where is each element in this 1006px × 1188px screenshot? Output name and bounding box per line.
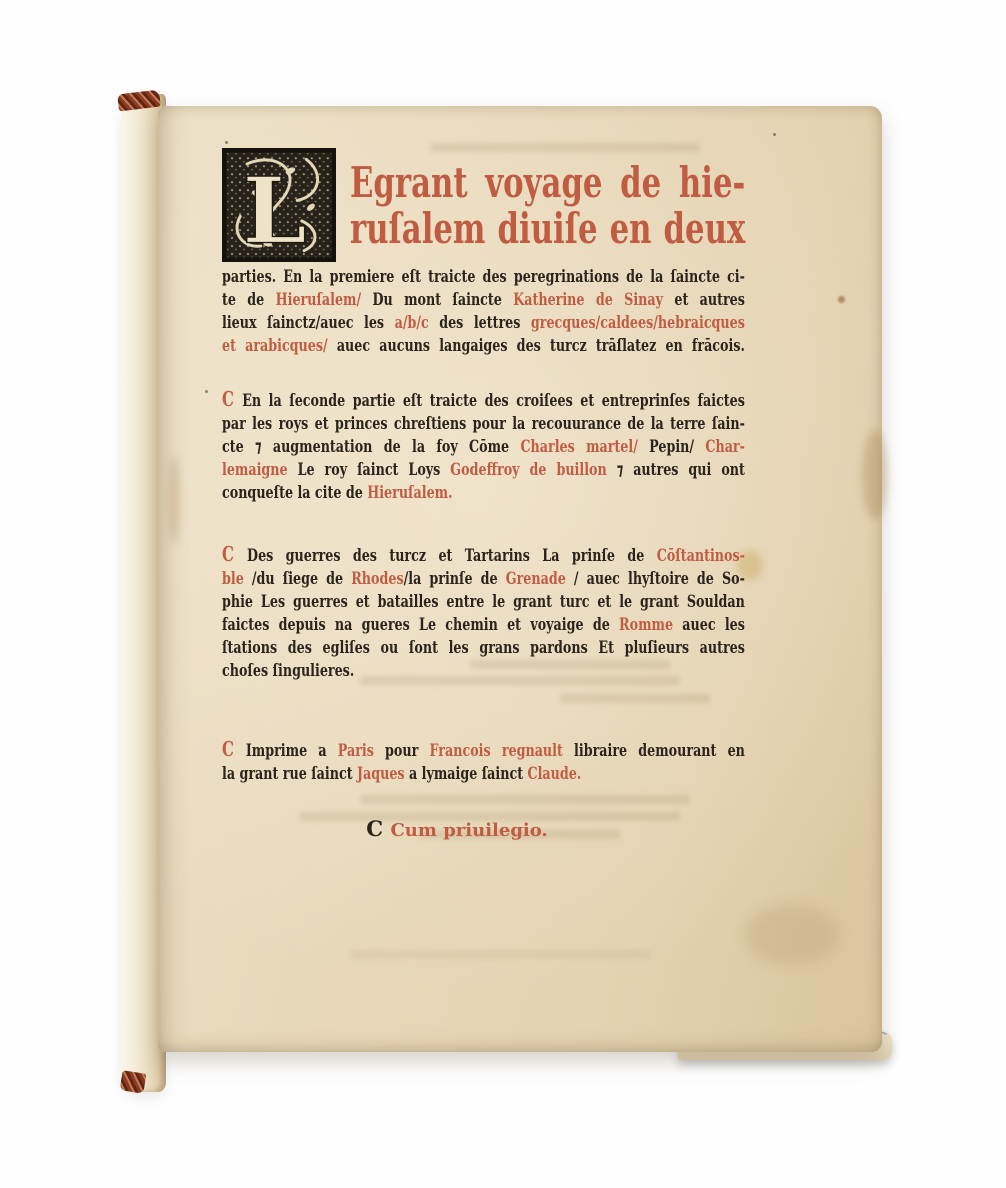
- paragraph-mark: C: [222, 387, 235, 411]
- text-line: C Cum priuilegio.: [222, 818, 692, 842]
- text-segment: choſes ſingulieres.: [222, 661, 354, 681]
- text-segment: Du mont ſaincte: [361, 290, 513, 310]
- text-line: parties. En la premiere eſt traicte des …: [222, 266, 745, 289]
- text-line: par les roys et princes chreſtiens pour …: [222, 413, 745, 436]
- paragraph-imprint: C Imprime a Paris pour Francois regnault…: [222, 738, 745, 786]
- text-line: te de Hieruſalem/ Du mont ſaincte Kather…: [222, 289, 745, 312]
- text-segment: En la ſeconde partie eſt traicte des cro…: [235, 391, 745, 411]
- text-segment: Cōſtantinos-: [657, 546, 745, 566]
- title-line-2: ruſalem diuiſe en deux: [350, 206, 745, 252]
- text-segment: Paris: [338, 741, 374, 761]
- paragraph-title-continuation: parties. En la premiere eſt traicte des …: [222, 266, 745, 358]
- text-line: et arabicques/ auec aucuns langaiges des…: [222, 335, 745, 358]
- book-photo: L Egrant voyage de hie- ruſalem diuiſe e…: [0, 0, 1006, 1188]
- text-segment: Cum priuilegio.: [384, 820, 548, 841]
- text-segment: libraire demourant en: [563, 741, 745, 761]
- text-line: ſtations des egliſes ou ſont les grans p…: [222, 637, 745, 660]
- text-segment: Le roy ſainct Loys: [288, 460, 451, 480]
- text-line: lemaigne Le roy ſainct Loys Godeffroy de…: [222, 459, 745, 482]
- paper-speck: [773, 133, 776, 136]
- text-segment: a lymaige ſainct: [405, 764, 528, 784]
- text-segment: des lettres: [429, 313, 531, 333]
- text-segment: Charles martel/: [520, 437, 637, 457]
- text-segment: Jaques: [357, 764, 405, 784]
- text-segment: la grant rue ſainct: [222, 764, 357, 784]
- text-segment: te de: [222, 290, 276, 310]
- text-segment: parties. En la premiere eſt traicte des …: [222, 267, 745, 287]
- text-segment: Hieruſalem/: [276, 290, 361, 310]
- text-segment: et autres: [663, 290, 745, 310]
- text-segment: / auec lhyſtoire de So-: [566, 569, 745, 589]
- paper-speck: [225, 141, 228, 144]
- text-segment: lieux ſainctz/auec les: [222, 313, 395, 333]
- text-line: faictes depuis na gueres Le chemin et vo…: [222, 614, 745, 637]
- text-line: cte ⁊ augmentation de la foy Cōme Charle…: [222, 436, 745, 459]
- text-segment: Godeffroy de buillon: [450, 460, 606, 480]
- text-segment: auec les: [673, 615, 745, 635]
- paragraph-mark: C: [222, 737, 235, 761]
- text-segment: grecques/caldees/hebraicques: [531, 313, 745, 333]
- title-line-1: Egrant voyage de hie-: [350, 160, 745, 206]
- stain: [862, 430, 888, 520]
- text-line: C Des guerres des turcz et Tartarins La …: [222, 543, 745, 568]
- woodcut-initial-L: L: [222, 148, 336, 262]
- text-segment: /la prinſe de: [404, 569, 506, 589]
- text-segment: Hieruſalem.: [367, 483, 452, 503]
- woodcut-initial-L-graphic: L: [222, 148, 336, 262]
- text-line: conqueſte la cite de Hieruſalem.: [222, 482, 745, 505]
- book-title: Egrant voyage de hie- ruſalem diuiſe en …: [350, 160, 745, 252]
- paragraph-mark: C: [222, 542, 235, 566]
- text-segment: /du ſiege de: [244, 569, 351, 589]
- text-line: C En la ſeconde partie eſt traicte des c…: [222, 388, 745, 413]
- text-segment: Imprime a: [235, 741, 338, 761]
- show-through-text: [430, 143, 700, 152]
- colophon-privilege-line: C Cum priuilegio.: [222, 818, 692, 842]
- text-line: la grant rue ſainct Jaques a lymaige ſai…: [222, 763, 745, 786]
- show-through-text: [360, 795, 690, 804]
- text-segment: Katherine de Sinay: [513, 290, 663, 310]
- text-segment: ble: [222, 569, 244, 589]
- text-segment: et arabicques/: [222, 336, 328, 356]
- text-segment: lemaigne: [222, 460, 288, 480]
- text-line: C Imprime a Paris pour Francois regnault…: [222, 738, 745, 763]
- text-segment: faictes depuis na gueres Le chemin et vo…: [222, 615, 619, 635]
- text-segment: cte ⁊ augmentation de la foy Cōme: [222, 437, 520, 457]
- text-segment: Des guerres des turcz et Tartarins La pr…: [235, 546, 657, 566]
- text-segment: Rhodes: [351, 569, 403, 589]
- title-page: L Egrant voyage de hie- ruſalem diuiſe e…: [158, 106, 882, 1052]
- text-segment: pour: [374, 741, 430, 761]
- text-segment: Grenade: [506, 569, 566, 589]
- text-segment: Pepin/: [638, 437, 706, 457]
- text-segment: par les roys et princes chreſtiens pour …: [222, 414, 745, 434]
- text-line: choſes ſingulieres.: [222, 660, 745, 683]
- text-segment: Claude.: [527, 764, 581, 784]
- text-segment: auec aucuns langaiges des turcz trāſlate…: [328, 336, 745, 356]
- text-line: phie Les guerres et batailles entre le g…: [222, 591, 745, 614]
- text-line: lieux ſainctz/auec les a/b/c des lettres…: [222, 312, 745, 335]
- paragraph-second-part: C En la ſeconde partie eſt traicte des c…: [222, 388, 745, 505]
- stain: [168, 455, 180, 545]
- show-through-text: [350, 950, 650, 959]
- initial-letter: L: [243, 157, 307, 262]
- text-segment: a/b/c: [395, 313, 429, 333]
- text-segment: Francois regnault: [430, 741, 563, 761]
- text-segment: ⁊ autres qui ont: [607, 460, 745, 480]
- stain: [745, 905, 840, 965]
- headband-bottom: [120, 1070, 147, 1094]
- text-segment: conqueſte la cite de: [222, 483, 367, 503]
- show-through-text: [560, 694, 710, 703]
- text-segment: ſtations des egliſes ou ſont les grans p…: [222, 638, 745, 658]
- paragraph-wars: C Des guerres des turcz et Tartarins La …: [222, 543, 745, 683]
- paper-speck: [205, 390, 208, 393]
- text-segment: Char-: [705, 437, 745, 457]
- text-segment: phie Les guerres et batailles entre le g…: [222, 592, 745, 612]
- text-line: ble /du ſiege de Rhodes/la prinſe de Gre…: [222, 568, 745, 591]
- text-segment: Romme: [619, 615, 673, 635]
- stain: [838, 296, 845, 303]
- paragraph-mark: C: [366, 817, 384, 842]
